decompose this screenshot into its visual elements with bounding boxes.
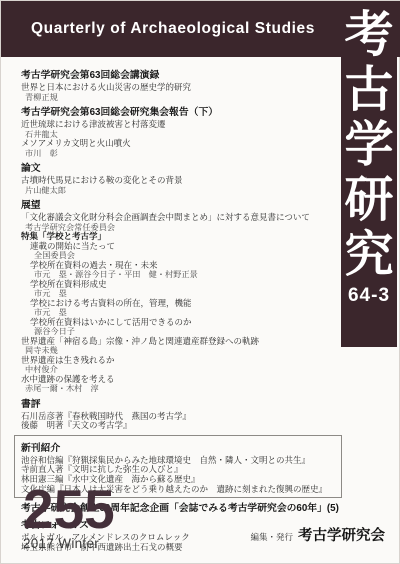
journal-title-english: Quarterly of Archaeological Studies — [31, 20, 315, 38]
article-author: 市川 彰 — [21, 149, 343, 158]
article-title: メソアメリカ文明と火山噴火 — [21, 139, 343, 149]
spine-title-char: 研 — [341, 172, 397, 227]
section-heading: 展望 — [21, 200, 343, 212]
section-heading: 考古学研究会第63回総会研究集会報告（下） — [21, 107, 343, 119]
article-author: 赤尾一爾・木村 淳 — [21, 384, 343, 393]
spine-title-char: 考 — [341, 7, 397, 62]
toc-section: 展望「文化審議会文化財分科会企画調査会中間まとめ」に対する意見書について考古学研… — [21, 200, 343, 394]
article-title: 水中遺跡の保護を考える — [21, 375, 343, 385]
toc-section: 論文古墳時代馬見における鞍の変化とその背景片山健太郎 — [21, 163, 343, 195]
journal-cover: Quarterly of Archaeological Studies 考古学研… — [0, 0, 400, 564]
spine-title-char: 古 — [341, 62, 397, 117]
article-title: 学校における考古資料の所在，管理，機能 — [21, 299, 343, 309]
spine-title-char: 学 — [341, 117, 397, 172]
toc-section: 考古学研究会第63回総会研究集会報告（下）近世琉球における津波被害と村落変遷石井… — [21, 107, 343, 158]
journal-title-japanese: 考古学研究 — [341, 7, 397, 282]
article-title: 世界遺産「神宿る島」宗像・沖ノ島と関連遺産群登録への軌跡 — [21, 337, 343, 347]
toc-section: 書評石川岳彦著『春秋戦国時代 燕国の考古学』後藤 明著『天文の考古学』 — [21, 399, 343, 431]
section-heading: 新刊紹介 — [21, 443, 335, 455]
publisher-name: 考古学研究会 — [298, 524, 385, 545]
article-author: 片山健太郎 — [21, 186, 343, 195]
article-author: 青柳正規 — [21, 93, 343, 102]
article-title: 世界遺産は生き残れるか — [21, 356, 343, 366]
article-title: 古墳時代馬見における鞍の変化とその背景 — [21, 176, 343, 186]
spine-title-column: 考古学研究 64-3 — [341, 1, 397, 347]
toc-section: 考古学研究会第63回総会講演録世界と日本における火山災害の歴史学的研究青柳正規 — [21, 70, 343, 102]
article-title: 学校所在資料の過去・現在・未来 — [21, 261, 343, 271]
article-title: 学校所在資料はいかにして活用できるのか — [21, 318, 343, 328]
publisher-line: 編集・発行 考古学研究会 — [250, 524, 385, 545]
article-title: 近世琉球における津波被害と村落変遷 — [21, 120, 343, 130]
section-heading: 考古学研究会第63回総会講演録 — [21, 70, 343, 82]
article-title: 「文化審議会文化財分科会企画調査会中間まとめ」に対する意見書について — [21, 213, 343, 223]
issue-number: 255 — [23, 485, 115, 533]
section-heading: 論文 — [21, 163, 343, 175]
issue-block: 255 2017 Winter — [23, 485, 115, 551]
publisher-label: 編集・発行 — [250, 531, 293, 543]
section-heading: 書評 — [21, 399, 343, 411]
article-title: 連載の開始に当たって — [21, 242, 343, 252]
article-title: 世界と日本における火山災害の歴史学的研究 — [21, 83, 343, 93]
article-title: 後藤 明著『天文の考古学』 — [21, 421, 343, 431]
article-title: 学校所在資料形成史 — [21, 280, 343, 290]
volume-issue-label: 64-3 — [341, 285, 397, 307]
spine-title-char: 究 — [341, 227, 397, 282]
